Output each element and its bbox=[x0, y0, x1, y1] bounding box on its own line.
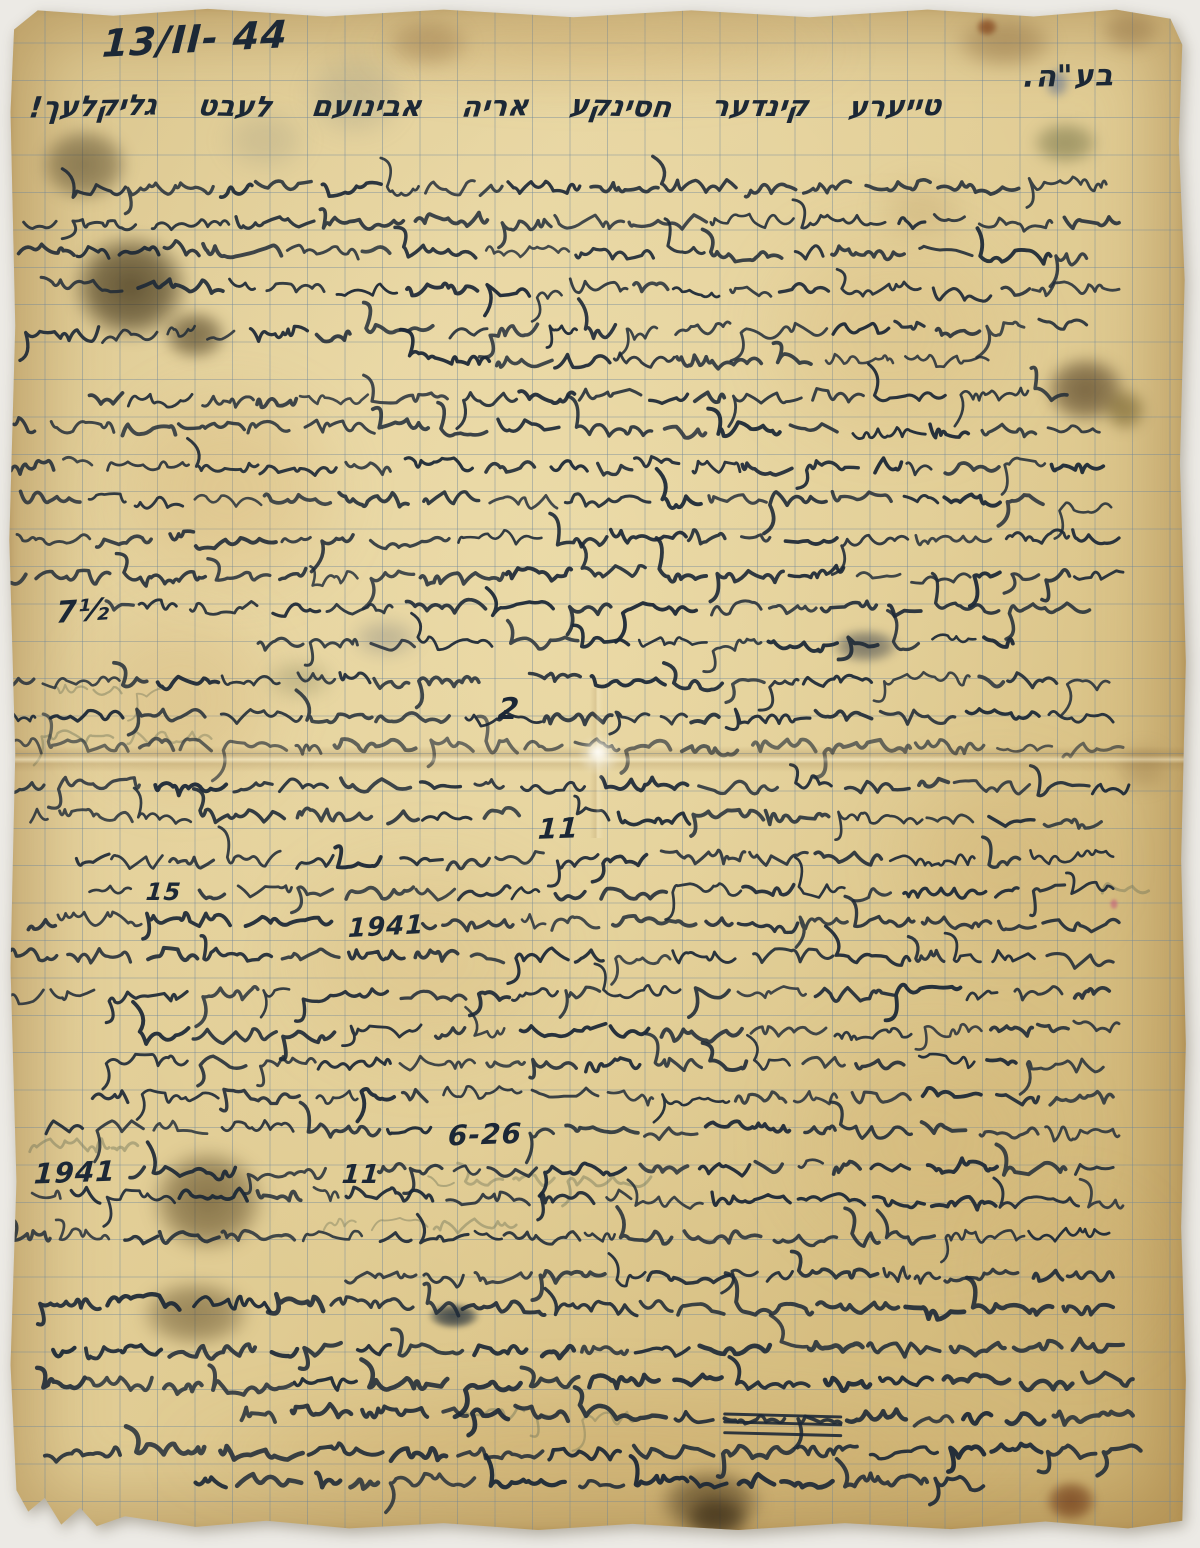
greeting-word: חסינקע bbox=[566, 88, 674, 134]
greeting-word: טייערע bbox=[846, 88, 943, 134]
greeting-word: אבינועם bbox=[308, 89, 423, 133]
paper-shadow: 7½2111519416-26194111 13/II- 44 בע"ה. טי… bbox=[0, 0, 1200, 1548]
greeting-line: טייערעקינדערחסינקעאריהאבינועםלעבטגליקלעך… bbox=[26, 89, 943, 133]
legible-fragment: 11 bbox=[341, 1160, 382, 1190]
legible-fragment: 6-26 bbox=[447, 1117, 523, 1153]
legible-fragment: 7½ bbox=[56, 592, 110, 631]
legible-fragment: 11 bbox=[537, 811, 580, 846]
legible-fragment: 1941 bbox=[348, 910, 425, 944]
legible-fragment: 2 bbox=[496, 692, 521, 727]
letter-paper: 7½2111519416-26194111 13/II- 44 בע"ה. טי… bbox=[7, 5, 1187, 1533]
legible-fragments-layer: 7½2111519416-26194111 bbox=[7, 5, 1187, 1533]
greeting-word: אריה bbox=[459, 88, 531, 134]
scanned-letter-page: 7½2111519416-26194111 13/II- 44 בע"ה. טי… bbox=[0, 0, 1200, 1548]
legible-fragment: 1941 bbox=[33, 1155, 117, 1191]
greeting-word: גליקלעך! bbox=[27, 87, 159, 134]
greeting-word: קינדער bbox=[708, 89, 810, 133]
header-abbreviation-text: בע"ה. bbox=[1023, 58, 1115, 95]
legible-fragment: 15 bbox=[145, 878, 183, 906]
greeting-word: לעבט bbox=[193, 88, 273, 134]
